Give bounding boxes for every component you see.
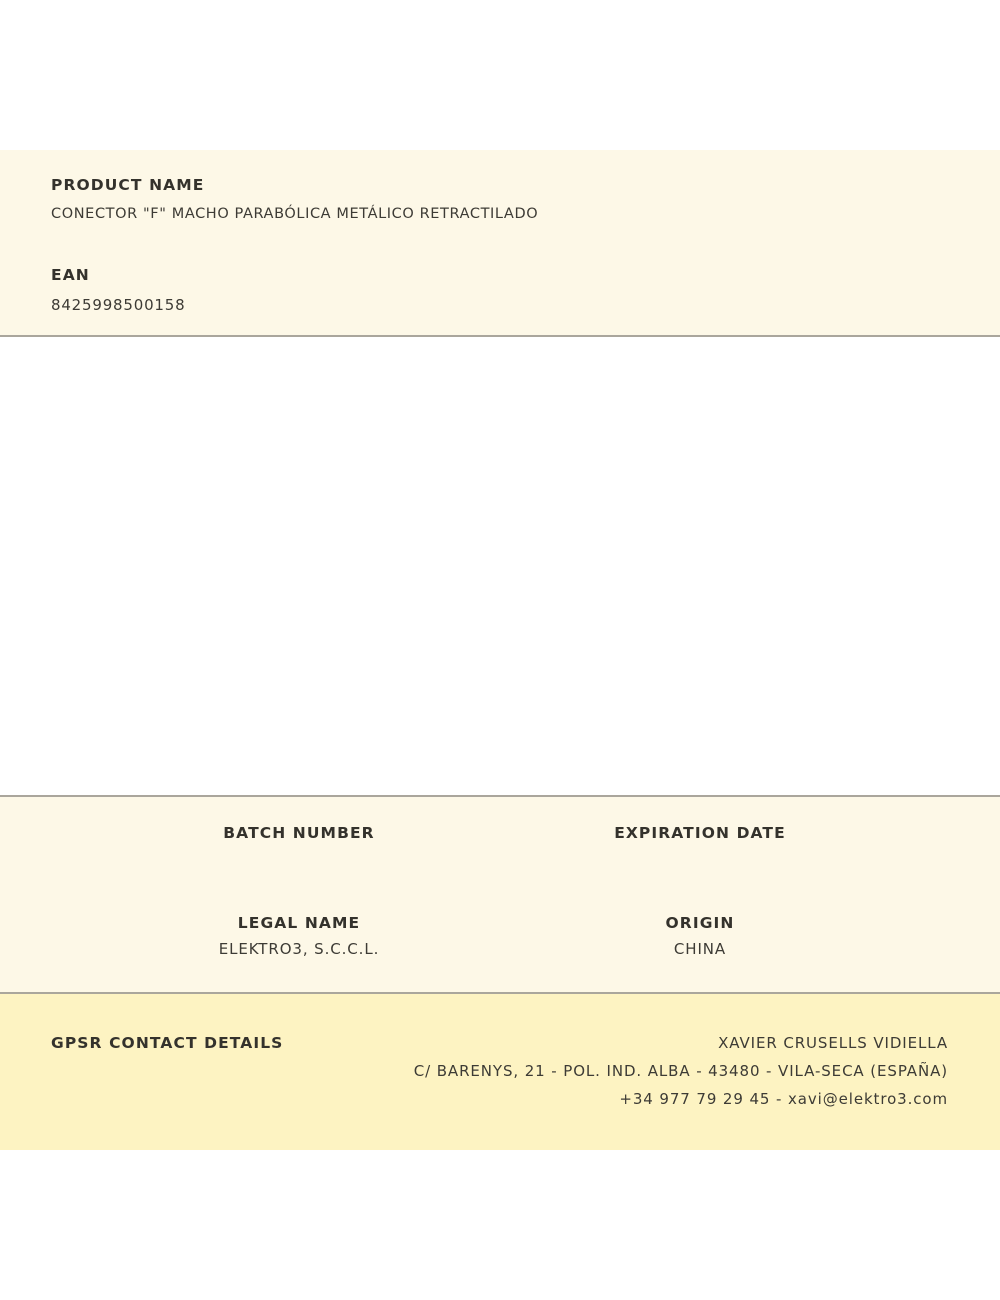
product-name-value: CONECTOR "F" MACHO PARABÓLICA METÁLICO R… (51, 206, 538, 222)
expiration-date-field: EXPIRATION DATE (500, 824, 900, 850)
product-name-label: PRODUCT NAME (51, 176, 204, 194)
batch-info-section: BATCH NUMBER EXPIRATION DATE LEGAL NAME … (0, 795, 1000, 994)
ean-label: EAN (51, 266, 90, 284)
origin-label: ORIGIN (500, 914, 900, 932)
legal-name-value: ELEKTRO3, S.C.C.L. (99, 940, 499, 958)
contact-name: XAVIER CRUSELLS VIDIELLA (414, 1032, 948, 1060)
expiration-date-label: EXPIRATION DATE (500, 824, 900, 842)
origin-value: CHINA (500, 940, 900, 958)
legal-name-label: LEGAL NAME (99, 914, 499, 932)
batch-number-field: BATCH NUMBER (99, 824, 499, 850)
gpsr-contact-label: GPSR CONTACT DETAILS (51, 1034, 283, 1052)
contact-address: C/ BARENYS, 21 - POL. IND. ALBA - 43480 … (414, 1060, 948, 1088)
gpsr-contact-section: GPSR CONTACT DETAILS XAVIER CRUSELLS VID… (0, 994, 1000, 1150)
batch-number-label: BATCH NUMBER (99, 824, 499, 842)
gpsr-contact-details: XAVIER CRUSELLS VIDIELLA C/ BARENYS, 21 … (414, 1032, 948, 1116)
legal-name-field: LEGAL NAME ELEKTRO3, S.C.C.L. (99, 914, 499, 958)
origin-field: ORIGIN CHINA (500, 914, 900, 958)
ean-value: 8425998500158 (51, 296, 185, 314)
product-info-section: PRODUCT NAME CONECTOR "F" MACHO PARABÓLI… (0, 150, 1000, 337)
contact-phone-email: +34 977 79 29 45 - xavi@elektro3.com (414, 1088, 948, 1116)
